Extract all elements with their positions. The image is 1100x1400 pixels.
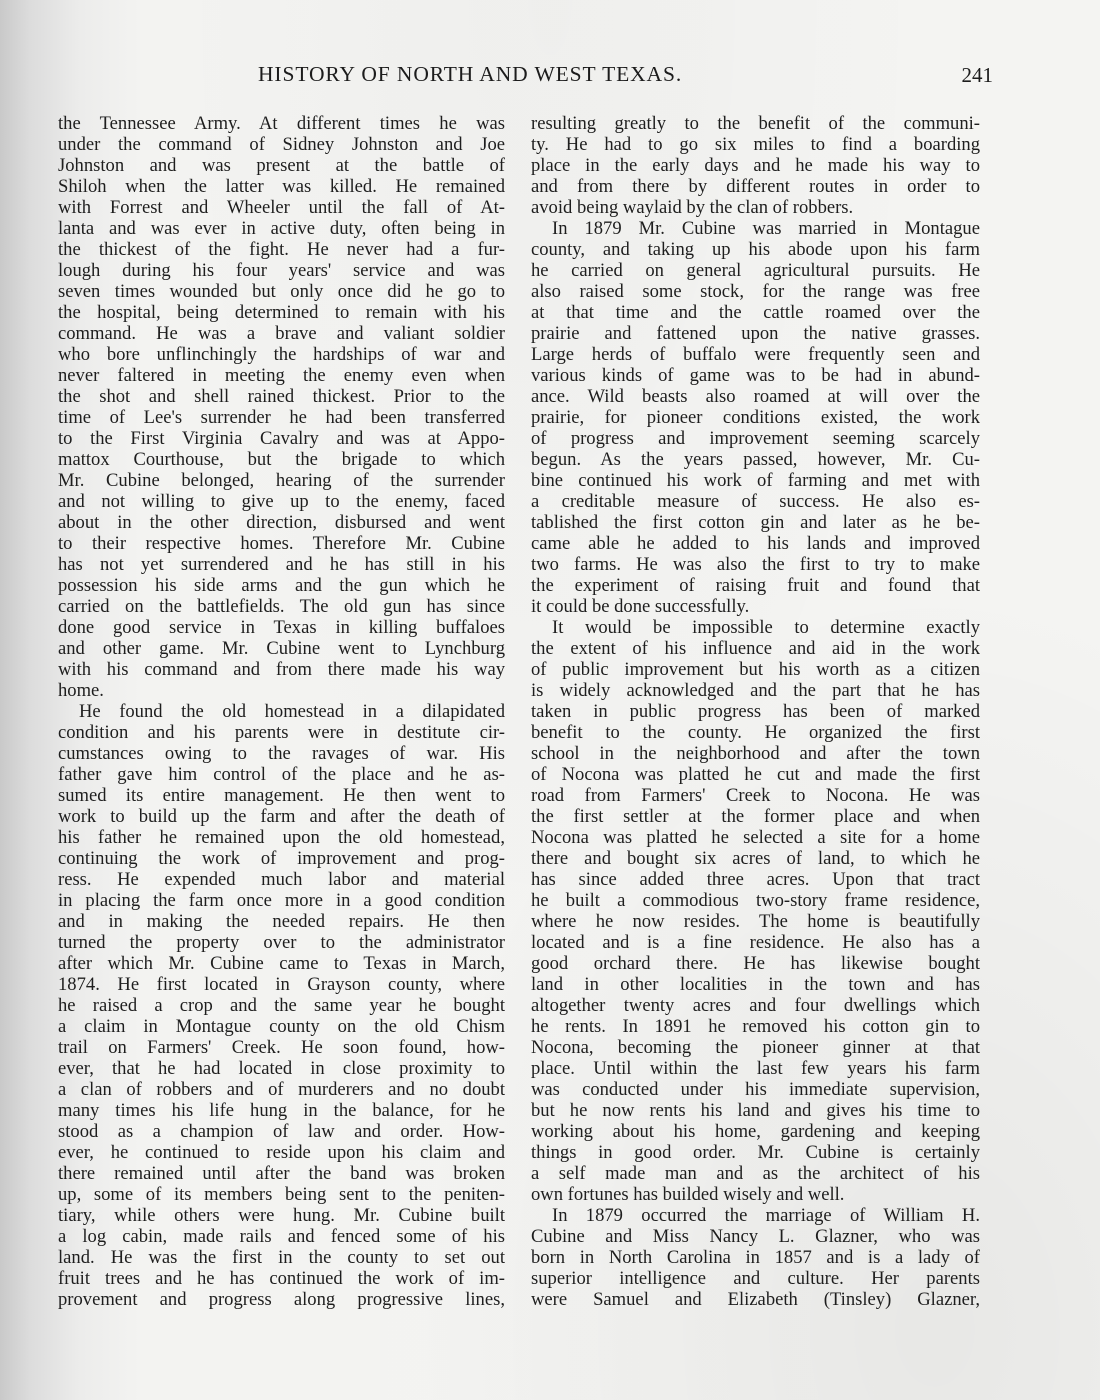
text-line: after which Mr. Cubine came to Texas in … [58,953,505,974]
text-line: never faltered in meeting the enemy even… [58,365,505,386]
text-line: ever, that he had located in close proxi… [58,1058,505,1079]
paragraph-end-line: home. [58,680,505,701]
text-line: altogether twenty acres and four dwellin… [531,995,980,1016]
text-line: but he now rents his land and gives his … [531,1100,980,1121]
text-line: carried on the battlefields. The old gun… [58,596,505,617]
text-line: many times his life hung in the balance,… [58,1100,505,1121]
text-line: ever, he continued to reside upon his cl… [58,1142,505,1163]
text-line: he carried on general agricultural pursu… [531,260,980,281]
text-line: ress. He expended much labor and materia… [58,869,505,890]
text-line: was conducted under his immediate superv… [531,1079,980,1100]
text-line: place. Until within the last few years h… [531,1058,980,1079]
text-line: he raised a crop and the same year he bo… [58,995,505,1016]
text-line: located and is a fine residence. He also… [531,932,980,953]
paragraph-start-line: In 1879 Mr. Cubine was married in Montag… [531,218,980,239]
text-line: road from Farmers' Creek to Nocona. He w… [531,785,980,806]
text-line: school in the neighborhood and after the… [531,743,980,764]
text-line: to the First Virginia Cavalry and was at… [58,428,505,449]
text-line: there and bought six acres of land, to w… [531,848,980,869]
text-line: provement and progress along progressive… [58,1289,505,1310]
page-number: 241 [962,63,994,88]
text-line: fruit trees and he has continued the wor… [58,1268,505,1289]
paragraph-start-line: He found the old homestead in a dilapida… [58,701,505,722]
text-line: has not yet surrendered and he has still… [58,554,505,575]
text-line: a creditable measure of success. He also… [531,491,980,512]
text-line: under the command of Sidney Johnston and… [58,134,505,155]
text-line: the thickest of the fight. He never had … [58,239,505,260]
text-line: working about his home, gardening and ke… [531,1121,980,1142]
text-line: time of Lee's surrender he had been tran… [58,407,505,428]
text-line: sumed its entire management. He then wen… [58,785,505,806]
text-line: father gave him control of the place and… [58,764,505,785]
paragraph-start-line: In 1879 occurred the marriage of William… [531,1205,980,1226]
text-line: prairie and fattened upon the native gra… [531,323,980,344]
text-line: mattox Courthouse, but the brigade to wh… [58,449,505,470]
text-line: the Tennessee Army. At different times h… [58,113,505,134]
text-line: ance. Wild beasts also roamed at will ov… [531,386,980,407]
text-line: land. He was the first in the county to … [58,1247,505,1268]
text-line: up, some of its members being sent to th… [58,1184,505,1205]
text-line: tablished the first cotton gin and later… [531,512,980,533]
text-line: of progress and improvement seeming scar… [531,428,980,449]
text-line: Johnston and was present at the battle o… [58,155,505,176]
text-line: benefit to the county. He organized the … [531,722,980,743]
text-line: with Forrest and Wheeler until the fall … [58,197,505,218]
text-line: resulting greatly to the benefit of the … [531,113,980,134]
text-line: he built a commodious two-story frame re… [531,890,980,911]
text-line: his father he remained upon the old home… [58,827,505,848]
right-column: resulting greatly to the benefit of the … [531,113,980,1310]
text-line: lanta and was ever in active duty, often… [58,218,505,239]
text-line: trail on Farmers' Creek. He soon found, … [58,1037,505,1058]
text-line: and not willing to give up to the enemy,… [58,491,505,512]
text-line: command. He was a brave and valiant sold… [58,323,505,344]
text-line: the hospital, being determined to remain… [58,302,505,323]
text-line: Large herds of buffalo were frequently s… [531,344,980,365]
text-line: bine continued his work of farming and m… [531,470,980,491]
text-line: the shot and shell rained thickest. Prio… [58,386,505,407]
text-line: at that time and the cattle roamed over … [531,302,980,323]
text-line: lough during his four years' service and… [58,260,505,281]
text-line: born in North Carolina in 1857 and is a … [531,1247,980,1268]
text-line: the experiment of raising fruit and foun… [531,575,980,596]
text-line: is widely acknowledged and the part that… [531,680,980,701]
text-line: continuing the work of improvement and p… [58,848,505,869]
text-line: came able he added to his lands and impr… [531,533,980,554]
text-line: with his command and from there made his… [58,659,505,680]
text-line: work to build up the farm and after the … [58,806,505,827]
text-line: where he now resides. The home is beauti… [531,911,980,932]
text-line: there remained until after the band was … [58,1163,505,1184]
text-line: to their respective homes. Therefore Mr.… [58,533,505,554]
text-line: the extent of his influence and aid in t… [531,638,980,659]
text-line: seven times wounded but only once did he… [58,281,505,302]
text-line: and in making the needed repairs. He the… [58,911,505,932]
text-line: taken in public progress has been of mar… [531,701,980,722]
text-line: a claim in Montague county on the old Ch… [58,1016,505,1037]
text-line: tiary, while others were hung. Mr. Cubin… [58,1205,505,1226]
text-line: good orchard there. He has likewise boug… [531,953,980,974]
text-line: possession his side arms and the gun whi… [58,575,505,596]
text-line: has since added three acres. Upon that t… [531,869,980,890]
text-line: a clan of robbers and of murderers and n… [58,1079,505,1100]
text-line: in placing the farm once more in a good … [58,890,505,911]
text-line: the first settler at the former place an… [531,806,980,827]
text-line: and other game. Mr. Cubine went to Lynch… [58,638,505,659]
text-line: of Nocona was platted he cut and made th… [531,764,980,785]
text-line: superior intelligence and culture. Her p… [531,1268,980,1289]
text-line: and from there by different routes in or… [531,176,980,197]
text-line: done good service in Texas in killing bu… [58,617,505,638]
text-line: a self made man and as the architect of … [531,1163,980,1184]
text-line: two farms. He was also the first to try … [531,554,980,575]
text-line: of public improvement but his worth as a… [531,659,980,680]
text-line: Mr. Cubine belonged, hearing of the surr… [58,470,505,491]
text-line: who bore unflinchingly the hardships of … [58,344,505,365]
text-line: about in the other direction, disbursed … [58,512,505,533]
text-line: condition and his parents were in destit… [58,722,505,743]
text-line: land in other localities in the town and… [531,974,980,995]
text-line: also raised some stock, for the range wa… [531,281,980,302]
text-line: things in good order. Mr. Cubine is cert… [531,1142,980,1163]
paragraph-end-line: own fortunes has builded wisely and well… [531,1184,980,1205]
text-line: stood as a champion of law and order. Ho… [58,1121,505,1142]
text-line: begun. As the years passed, however, Mr.… [531,449,980,470]
text-line: place in the early days and he made his … [531,155,980,176]
text-line: a log cabin, made rails and fenced some … [58,1226,505,1247]
text-line: various kinds of game was to be had in a… [531,365,980,386]
left-column: the Tennessee Army. At different times h… [58,113,505,1310]
text-line: 1874. He first located in Grayson county… [58,974,505,995]
text-line: Shiloh when the latter was killed. He re… [58,176,505,197]
page-header: HISTORY OF NORTH AND WEST TEXAS. 241 [258,62,993,92]
text-line: prairie, for pioneer conditions existed,… [531,407,980,428]
text-line: he rents. In 1891 he removed his cotton … [531,1016,980,1037]
running-title: HISTORY OF NORTH AND WEST TEXAS. [258,62,682,87]
text-line: turned the property over to the administ… [58,932,505,953]
text-line: Nocona was platted he selected a site fo… [531,827,980,848]
text-line: cumstances owing to the ravages of war. … [58,743,505,764]
text-line: county, and taking up his abode upon his… [531,239,980,260]
text-line: ty. He had to go six miles to find a boa… [531,134,980,155]
text-line: Cubine and Miss Nancy L. Glazner, who wa… [531,1226,980,1247]
paragraph-start-line: It would be impossible to determine exac… [531,617,980,638]
text-line: Nocona, becoming the pioneer ginner at t… [531,1037,980,1058]
text-line: were Samuel and Elizabeth (Tinsley) Glaz… [531,1289,980,1310]
paragraph-end-line: avoid being waylaid by the clan of robbe… [531,197,980,218]
paragraph-end-line: it could be done successfully. [531,596,980,617]
